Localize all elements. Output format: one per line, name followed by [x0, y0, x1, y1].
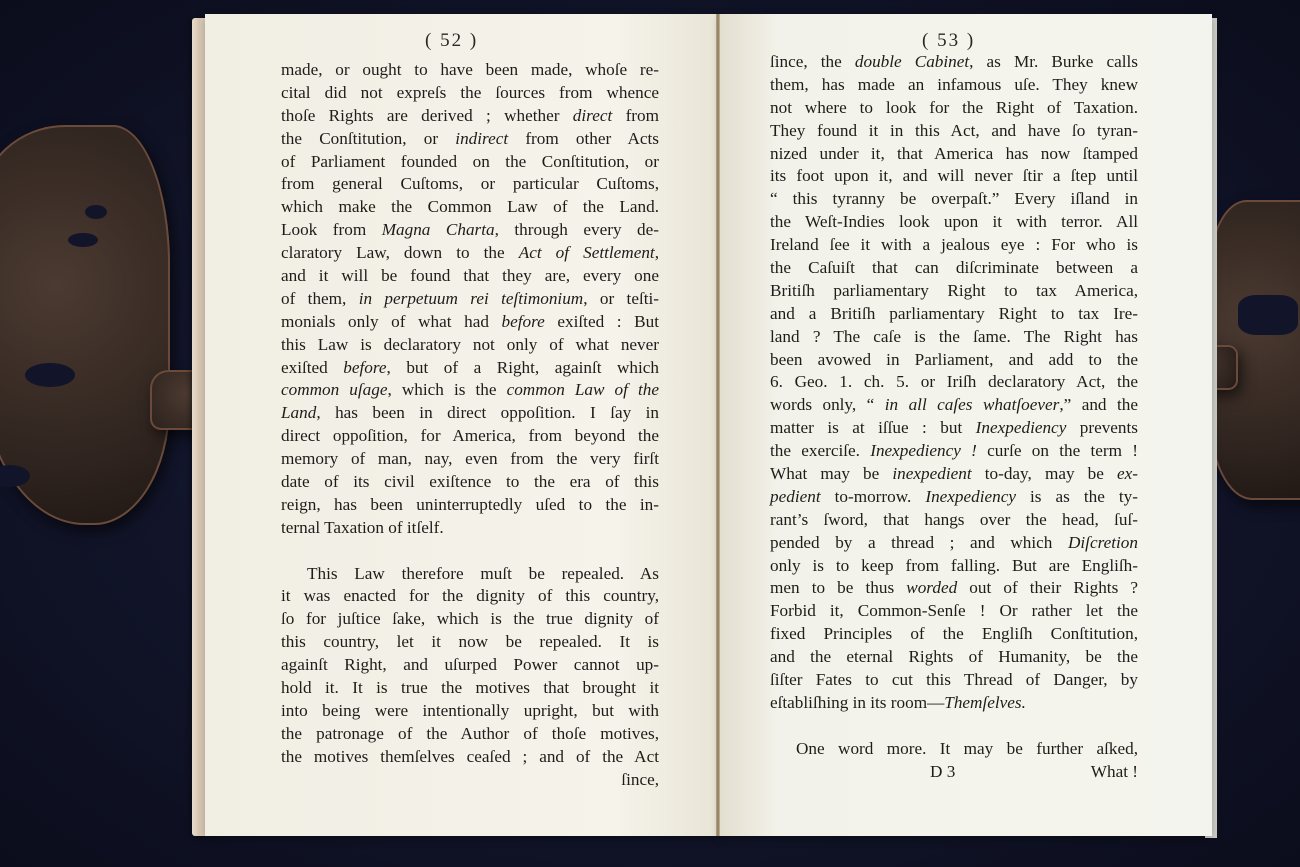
- text-run: ſince, the: [770, 52, 855, 71]
- text-run: ternal Taxation of itſelf.: [281, 518, 444, 537]
- text-line: pedient to-morrow. Inexpediency is as th…: [770, 486, 1138, 509]
- text-line: the patronage of the Author of thoſe mot…: [281, 723, 659, 746]
- text-run: , or teſti-: [583, 289, 659, 308]
- text-line: ternal Taxation of itſelf.: [281, 517, 659, 540]
- text-line: from general Cuſtoms, or particular Cuſt…: [281, 173, 659, 196]
- text-line: matter is at iſſue : but Inexpediency pr…: [770, 417, 1138, 440]
- text-run: This Law therefore muſt be repealed. As: [307, 564, 659, 583]
- text-run: thoſe Rights are derived ; whether: [281, 106, 573, 125]
- italic-run: indirect: [455, 129, 508, 148]
- text-line: and a Britiſh parliamentary Right to tax…: [770, 303, 1138, 326]
- italic-run: before: [502, 312, 545, 331]
- text-line: rant’s ſword, that hangs over the head, …: [770, 509, 1138, 532]
- text-run: the Weſt-Indies look upon it with terror…: [770, 212, 1138, 231]
- text-line: 6. Geo. 1. ch. 5. or Iriſh declaratory A…: [770, 371, 1138, 394]
- italic-run: before: [343, 358, 386, 377]
- text-line: cital did not expreſs the ſources from w…: [281, 82, 659, 105]
- text-line: ſo for juſtice ſake, which is the true d…: [281, 608, 659, 631]
- italic-run: inexpedient: [892, 464, 971, 483]
- text-run: exiſted: [281, 358, 343, 377]
- text-line: fixed Principles of the Engliſh Conſtitu…: [770, 623, 1138, 646]
- text-run: and a Britiſh parliamentary Right to tax…: [770, 304, 1138, 323]
- text-line: Ireland ſee it with a jealous eye : For …: [770, 234, 1138, 257]
- text-run: claratory Law, down to the: [281, 243, 519, 262]
- text-run: of them,: [281, 289, 359, 308]
- text-run: , has been in direct oppoſition. I ſay i…: [316, 403, 659, 422]
- text-line: reign, has been uninterruptedly uſed to …: [281, 494, 659, 517]
- text-run: againſt Right, and uſurped Power cannot …: [281, 655, 659, 674]
- text-line: not where to look for the Right of Taxat…: [770, 97, 1138, 120]
- text-run: been avowed in Parliament, and add to th…: [770, 350, 1138, 369]
- italic-run: ex-: [1117, 464, 1138, 483]
- text-run: prevents: [1066, 418, 1138, 437]
- right-page-text: ſince, the double Cabinet, as Mr. Burke …: [770, 51, 1138, 784]
- text-line: this Law is declaratory not only of what…: [281, 334, 659, 357]
- text-run: cital did not expreſs the ſources from w…: [281, 83, 659, 102]
- text-line: monials only of what had before exiſted …: [281, 311, 659, 334]
- text-run: nized under it, that America has now ſta…: [770, 144, 1138, 163]
- italic-run: in all caſes whatſoever: [885, 395, 1060, 414]
- text-line: date of its civil exiſtence to the era o…: [281, 471, 659, 494]
- text-run: Forbid it, Common-Senſe ! Or rather let …: [770, 601, 1138, 620]
- text-line: it was enacted for the dignity of this c…: [281, 585, 659, 608]
- italic-run: pedient: [770, 487, 821, 506]
- text-run: of Parliament founded on the Conſtitutio…: [281, 152, 659, 171]
- italic-run: worded: [906, 578, 957, 597]
- text-run: the Caſuiſt that can diſcriminate betwee…: [770, 258, 1138, 277]
- text-line: eſtabliſhing in its room—Themſelves.: [770, 692, 1138, 715]
- text-run: the patronage of the Author of thoſe mot…: [281, 724, 659, 743]
- text-run: matter is at iſſue : but: [770, 418, 976, 437]
- text-run: made, or ought to have been made, whoſe …: [281, 60, 659, 79]
- italic-run: common uſage: [281, 380, 388, 399]
- text-run: this Law is declaratory not only of what…: [281, 335, 659, 354]
- italic-run: double Cabinet: [855, 52, 969, 71]
- text-line: the Conſtitution, or indirect from other…: [281, 128, 659, 151]
- text-run: Britiſh parliamentary Right to tax Ameri…: [770, 281, 1138, 300]
- page-number-53: ( 53 ): [922, 30, 975, 52]
- text-run: date of its civil exiſtence to the era o…: [281, 472, 659, 491]
- text-line: Britiſh parliamentary Right to tax Ameri…: [770, 280, 1138, 303]
- text-run: is as the ty-: [1016, 487, 1138, 506]
- text-run: and it will be found that they are, ever…: [281, 266, 659, 285]
- text-line: Land, has been in direct oppoſition. I ſ…: [281, 402, 659, 425]
- italic-run: Inexpediency: [976, 418, 1067, 437]
- text-line: and it will be found that they are, ever…: [281, 265, 659, 288]
- footer-row: D 3What !: [770, 761, 1138, 784]
- text-run: only is to keep from falling. But are En…: [770, 556, 1138, 575]
- text-line: They found it in this Act, and have ſo t…: [770, 120, 1138, 143]
- text-line: this country, let it now be repealed. It…: [281, 631, 659, 654]
- text-run: They found it in this Act, and have ſo t…: [770, 121, 1138, 140]
- text-run: Ireland ſee it with a jealous eye : For …: [770, 235, 1138, 254]
- text-run: not where to look for the Right of Taxat…: [770, 98, 1138, 117]
- left-page-text: made, or ought to have been made, whoſe …: [281, 59, 659, 792]
- text-line: One word more. It may be further aſked,: [770, 738, 1138, 761]
- text-run: reign, has been uninterruptedly uſed to …: [281, 495, 659, 514]
- text-line: Forbid it, Common-Senſe ! Or rather let …: [770, 600, 1138, 623]
- text-line: the exerciſe. Inexpediency ! curſe on th…: [770, 440, 1138, 463]
- text-run: ſo for juſtice ſake, which is the true d…: [281, 609, 659, 628]
- text-line: ſince, the double Cabinet, as Mr. Burke …: [770, 51, 1138, 74]
- text-line: direct oppoſition, for America, from bey…: [281, 425, 659, 448]
- text-run: to-morrow.: [821, 487, 926, 506]
- page-number-52: ( 52 ): [425, 30, 478, 52]
- text-line: them, has made an infamous uſe. They kne…: [770, 74, 1138, 97]
- text-line: been avowed in Parliament, and add to th…: [770, 349, 1138, 372]
- text-line: land ? The caſe is the ſame. The Right h…: [770, 326, 1138, 349]
- metal-page-clip-left: [0, 125, 170, 525]
- text-run: its foot upon it, and will never ſtir a …: [770, 166, 1138, 185]
- text-run: direct oppoſition, for America, from bey…: [281, 426, 659, 445]
- text-line: memory of man, nay, even from the very f…: [281, 448, 659, 471]
- italic-run: Magna Charta: [382, 220, 495, 239]
- text-run: ,” and the: [1059, 395, 1138, 414]
- italic-run: Land: [281, 403, 316, 422]
- text-line: What may be inexpedient to-day, may be e…: [770, 463, 1138, 486]
- text-run: them, has made an infamous uſe. They kne…: [770, 75, 1138, 94]
- catchword: What !: [1091, 761, 1138, 784]
- text-run: the exerciſe.: [770, 441, 870, 460]
- text-line: men to be thus worded out of their Right…: [770, 577, 1138, 600]
- text-line: againſt Right, and uſurped Power cannot …: [281, 654, 659, 677]
- text-line: “ this tyranny be overpaſt.” Every iſlan…: [770, 188, 1138, 211]
- text-run: memory of man, nay, even from the very f…: [281, 449, 659, 468]
- text-run: One word more. It may be further aſked,: [796, 739, 1138, 758]
- italic-run: Inexpediency !: [870, 441, 977, 460]
- text-run: eſtabliſhing in its room—: [770, 693, 944, 712]
- text-run: , through every de-: [495, 220, 659, 239]
- text-run: to-day, may be: [972, 464, 1117, 483]
- text-run: it was enacted for the dignity of this c…: [281, 586, 659, 605]
- italic-run: common Law of the: [507, 380, 659, 399]
- text-run: , as Mr. Burke calls: [969, 52, 1138, 71]
- italic-run: in perpetuum rei teſtimonium: [359, 289, 584, 308]
- text-run: this country, let it now be repealed. It…: [281, 632, 659, 651]
- text-run: rant’s ſword, that hangs over the head, …: [770, 510, 1138, 529]
- italic-run: Diſcretion: [1068, 533, 1138, 552]
- text-line: pended by a thread ; and which Diſcretio…: [770, 532, 1138, 555]
- text-run: 6. Geo. 1. ch. 5. or Iriſh declaratory A…: [770, 372, 1138, 391]
- text-run: which make the Common Law of the Land.: [281, 197, 659, 216]
- text-run: from other Acts: [508, 129, 659, 148]
- italic-run: Inexpediency: [925, 487, 1016, 506]
- text-run: “ this tyranny be overpaſt.” Every iſlan…: [770, 189, 1138, 208]
- text-run: Look from: [281, 220, 382, 239]
- text-line: and the eternal Rights of Humanity, be t…: [770, 646, 1138, 669]
- italic-run: Themſelves.: [944, 693, 1026, 712]
- text-line: only is to keep from falling. But are En…: [770, 555, 1138, 578]
- paragraph-gap: [281, 540, 659, 563]
- book-gutter-stitching: [716, 14, 720, 836]
- text-line: exiſted before, but of a Right, againſt …: [281, 357, 659, 380]
- text-run: fixed Principles of the Engliſh Conſtitu…: [770, 624, 1138, 643]
- text-run: ſiſter Fates to cut this Thread of Dange…: [770, 670, 1138, 689]
- paragraph-gap: [770, 715, 1138, 738]
- text-run: and the eternal Rights of Humanity, be t…: [770, 647, 1138, 666]
- text-line: made, or ought to have been made, whoſe …: [281, 59, 659, 82]
- text-run: the Conſtitution, or: [281, 129, 455, 148]
- text-line: the Caſuiſt that can diſcriminate betwee…: [770, 257, 1138, 280]
- text-run: words only, “: [770, 395, 885, 414]
- signature-mark: D 3: [770, 761, 955, 784]
- text-run: from: [612, 106, 659, 125]
- text-line: thoſe Rights are derived ; whether direc…: [281, 105, 659, 128]
- text-line: the Weſt-Indies look upon it with terror…: [770, 211, 1138, 234]
- text-run: out of their Rights ?: [957, 578, 1138, 597]
- text-run: into being were intentionally upright, b…: [281, 701, 659, 720]
- text-line: Look from Magna Charta, through every de…: [281, 219, 659, 242]
- text-run: monials only of what had: [281, 312, 502, 331]
- text-run: the motives themſelves ceaſed ; and of t…: [281, 747, 659, 766]
- text-line: its foot upon it, and will never ſtir a …: [770, 165, 1138, 188]
- text-run: curſe on the term !: [977, 441, 1138, 460]
- text-run: pended by a thread ; and which: [770, 533, 1068, 552]
- text-run: men to be thus: [770, 578, 906, 597]
- text-line: ſiſter Fates to cut this Thread of Dange…: [770, 669, 1138, 692]
- text-line: nized under it, that America has now ſta…: [770, 143, 1138, 166]
- text-run: land ? The caſe is the ſame. The Right h…: [770, 327, 1138, 346]
- text-run: , which is the: [388, 380, 507, 399]
- text-run: exiſted : But: [545, 312, 659, 331]
- italic-run: direct: [573, 106, 612, 125]
- text-line: of Parliament founded on the Conſtitutio…: [281, 151, 659, 174]
- text-run: hold it. It is true the motives that bro…: [281, 678, 659, 697]
- text-run: from general Cuſtoms, or particular Cuſt…: [281, 174, 659, 193]
- text-line: This Law therefore muſt be repealed. As: [281, 563, 659, 586]
- text-line: of them, in perpetuum rei teſtimonium, o…: [281, 288, 659, 311]
- text-line: which make the Common Law of the Land.: [281, 196, 659, 219]
- text-line: the motives themſelves ceaſed ; and of t…: [281, 746, 659, 769]
- text-line: words only, “ in all caſes whatſoever,” …: [770, 394, 1138, 417]
- text-line: claratory Law, down to the Act of Settle…: [281, 242, 659, 265]
- italic-run: Act of Settlement: [519, 243, 655, 262]
- text-run: , but of a Right, againſt which: [387, 358, 659, 377]
- text-line: common uſage, which is the common Law of…: [281, 379, 659, 402]
- catchword: ſince,: [281, 769, 659, 792]
- text-run: What may be: [770, 464, 892, 483]
- text-line: hold it. It is true the motives that bro…: [281, 677, 659, 700]
- text-run: ,: [655, 243, 659, 262]
- text-line: into being were intentionally upright, b…: [281, 700, 659, 723]
